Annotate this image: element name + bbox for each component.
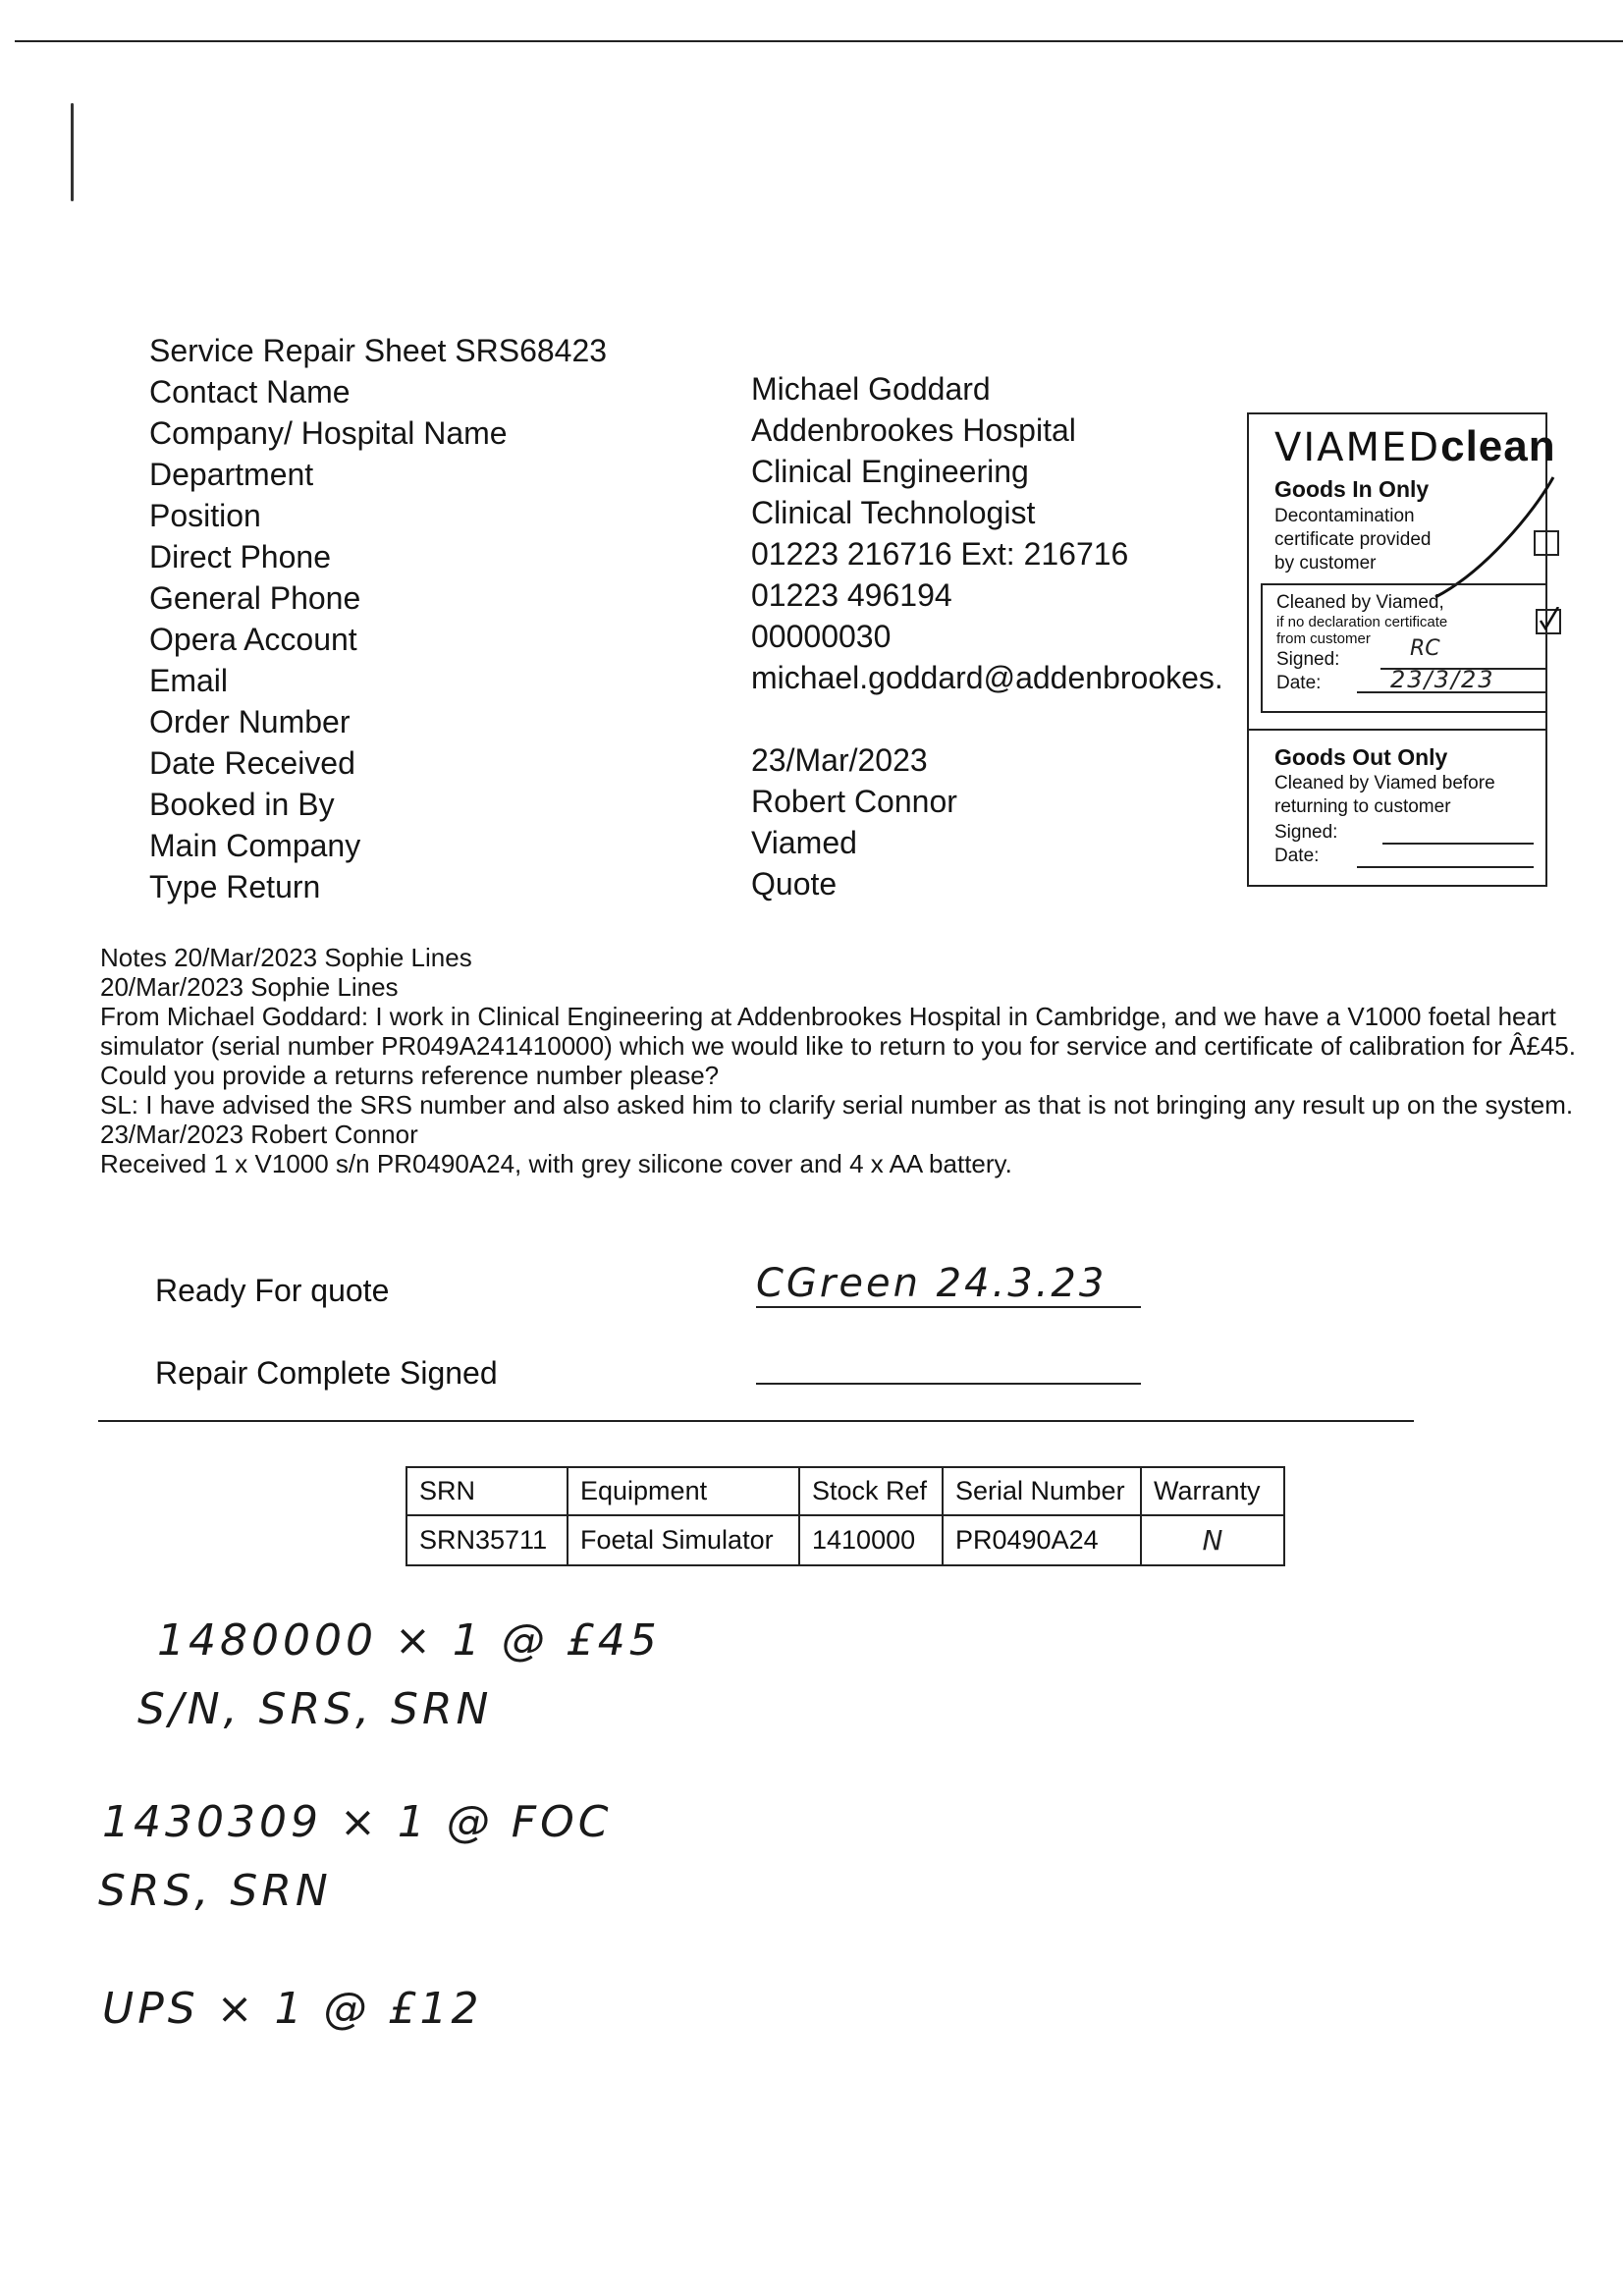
label-email: Email (149, 660, 228, 701)
label-date-received: Date Received (149, 742, 355, 784)
cleaned-sub-line-1: if no declaration certificate (1276, 615, 1447, 630)
handwritten-line-4: SRS, SRN (98, 1866, 332, 1916)
cleaned-by-viamed-box: Cleaned by Viamed, if no declaration cer… (1261, 583, 1547, 713)
label-order-number: Order Number (149, 701, 351, 742)
table-row: SRN35711 Foetal Simulator 1410000 PR0490… (406, 1515, 1284, 1565)
notes-section: Notes 20/Mar/2023 Sophie Lines 20/Mar/20… (100, 943, 1612, 1178)
handwritten-line-3: 1430309 × 1 @ FOC (102, 1797, 612, 1847)
value-direct-phone: 01223 216716 Ext: 216716 (751, 533, 1128, 574)
header-serial-number: Serial Number (943, 1467, 1141, 1515)
label-company: Company/ Hospital Name (149, 412, 508, 454)
value-contact-name: Michael Goddard (751, 368, 991, 410)
in-signed-value: RC (1410, 636, 1440, 661)
goods-out-text-line-2: returning to customer (1274, 795, 1451, 819)
cell-srn: SRN35711 (406, 1515, 568, 1565)
handwritten-line-1: 1480000 × 1 @ £45 (157, 1615, 661, 1666)
table-header-row: SRN Equipment Stock Ref Serial Number Wa… (406, 1467, 1284, 1515)
header-srn: SRN (406, 1467, 568, 1515)
cleaned-sub-line-2: from customer (1276, 631, 1371, 647)
ready-for-quote-line (756, 1306, 1141, 1308)
ready-for-quote-label: Ready For quote (155, 1273, 389, 1309)
label-department: Department (149, 454, 313, 495)
value-booked-in-by: Robert Connor (751, 781, 957, 822)
viamed-clean-logo: VIAMEDclean (1274, 422, 1556, 471)
margin-mark (71, 103, 74, 201)
goods-out-heading: Goods Out Only (1274, 744, 1447, 771)
handwritten-line-5: UPS × 1 @ £12 (102, 1984, 482, 2034)
notes-line-6: Received 1 x V1000 s/n PR0490A24, with g… (100, 1149, 1612, 1178)
decon-text-line-2: certificate provided (1274, 528, 1431, 552)
section-divider (98, 1420, 1414, 1422)
logo-clean: clean (1440, 422, 1556, 470)
value-department: Clinical Engineering (751, 451, 1029, 492)
label-opera-account: Opera Account (149, 619, 357, 660)
handwritten-slash-icon (1426, 473, 1563, 601)
notes-line-4: SL: I have advised the SRS number and al… (100, 1090, 1612, 1120)
cleaned-text: Cleaned by Viamed, (1276, 591, 1444, 615)
out-signed-line (1382, 843, 1534, 845)
label-position: Position (149, 495, 261, 536)
goods-out-text-line-1: Cleaned by Viamed before (1274, 772, 1495, 795)
logo-viamed: VIAMED (1274, 425, 1440, 470)
equipment-table: SRN Equipment Stock Ref Serial Number Wa… (406, 1466, 1285, 1566)
value-general-phone: 01223 496194 (751, 574, 952, 616)
header-equipment: Equipment (568, 1467, 799, 1515)
goods-in-heading: Goods In Only (1274, 476, 1429, 503)
cell-warranty: N (1141, 1515, 1284, 1565)
value-main-company: Viamed (751, 822, 857, 863)
notes-line-3: From Michael Goddard: I work in Clinical… (100, 1002, 1612, 1090)
label-direct-phone: Direct Phone (149, 536, 331, 577)
cleaned-checkbox[interactable] (1536, 609, 1561, 634)
notes-line-2: 20/Mar/2023 Sophie Lines (100, 972, 1612, 1002)
label-type-return: Type Return (149, 866, 320, 907)
repair-complete-line (756, 1383, 1141, 1385)
notes-line-5: 23/Mar/2023 Robert Connor (100, 1120, 1612, 1149)
top-rule (15, 40, 1623, 42)
in-date-line (1357, 691, 1547, 693)
cell-serial-number: PR0490A24 (943, 1515, 1141, 1565)
viamed-clean-stamp: VIAMEDclean Goods In Only Decontaminatio… (1247, 412, 1547, 887)
out-date-label: Date: (1274, 845, 1319, 868)
cell-stock-ref: 1410000 (799, 1515, 943, 1565)
notes-line-1: Notes 20/Mar/2023 Sophie Lines (100, 943, 1612, 972)
value-type-return: Quote (751, 863, 837, 904)
ready-for-quote-signature: CGreen 24.3.23 (756, 1261, 1107, 1306)
decon-text-line-3: by customer (1274, 552, 1376, 575)
value-company: Addenbrookes Hospital (751, 410, 1076, 451)
header-stock-ref: Stock Ref (799, 1467, 943, 1515)
header-warranty: Warranty (1141, 1467, 1284, 1515)
label-main-company: Main Company (149, 825, 360, 866)
value-email: michael.goddard@addenbrookes. (751, 657, 1223, 698)
label-general-phone: General Phone (149, 577, 360, 619)
handwritten-line-2: S/N, SRS, SRN (137, 1684, 492, 1734)
label-booked-in-by: Booked in By (149, 784, 335, 825)
value-date-received: 23/Mar/2023 (751, 739, 928, 781)
label-contact-name: Contact Name (149, 371, 351, 412)
sheet-title: Service Repair Sheet SRS68423 (149, 330, 607, 371)
out-date-line (1357, 866, 1534, 868)
value-opera-account: 00000030 (751, 616, 891, 657)
value-position: Clinical Technologist (751, 492, 1035, 533)
decon-text-line-1: Decontamination (1274, 505, 1415, 528)
repair-complete-label: Repair Complete Signed (155, 1355, 498, 1392)
in-signed-label: Signed: (1276, 648, 1339, 672)
out-signed-label: Signed: (1274, 821, 1337, 845)
in-date-label: Date: (1276, 672, 1321, 695)
checkmark-icon (1537, 607, 1560, 630)
stamp-divider (1249, 729, 1547, 731)
cell-equipment: Foetal Simulator (568, 1515, 799, 1565)
in-date-value: 23/3/23 (1390, 666, 1495, 693)
